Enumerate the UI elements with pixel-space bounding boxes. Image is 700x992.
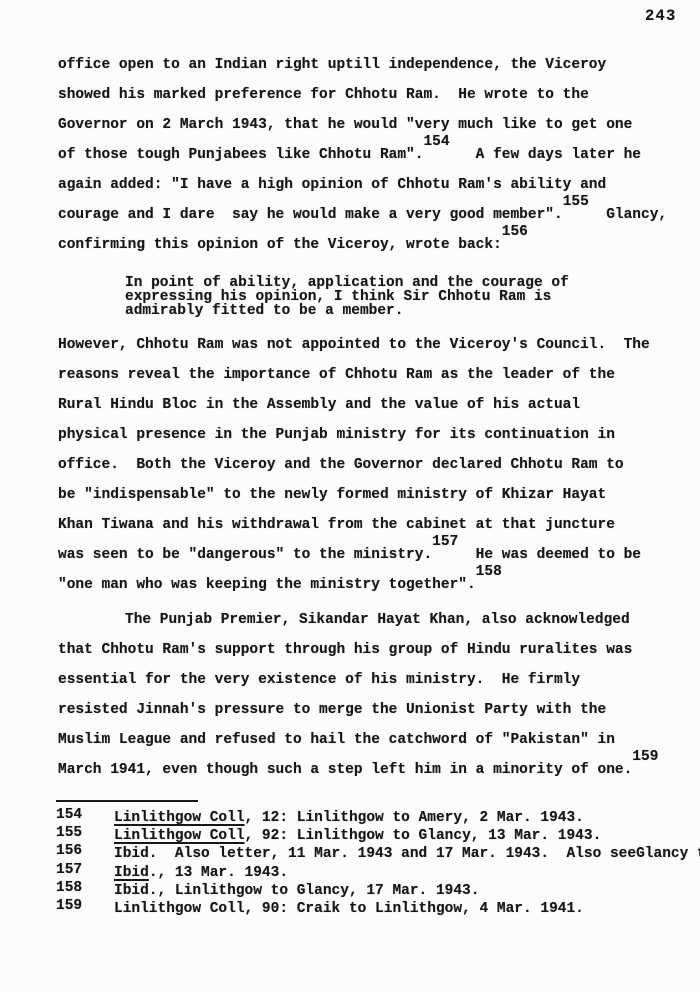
text-line: "one man who was keeping the ministry to… [58,570,678,600]
underlined-citation: Ibid [114,865,149,881]
text-segment: He was deemed to be [458,547,641,563]
text-segment: courage and I dare say he would make a v… [58,207,563,223]
footnote-text: , 12: Linlithgow to Amery, 2 Mar. 1943. [245,810,584,826]
text-line: expressing his opinion, I think Sir Chho… [125,290,678,304]
text-line: of those tough Punjabees like Chhotu Ram… [58,140,678,170]
paragraph-1: office open to an Indian right uptill in… [58,50,678,260]
footnote-text: Ibid. Also letter, 11 Mar. 1943 and 17 M… [114,846,636,862]
footnotes-section: 154 Linlithgow Coll, 12: Linlithgow to A… [56,808,678,917]
footnote-number: 159 [56,899,114,917]
footnote-text: ., 13 Mar. 1943. [149,865,288,881]
text-segment: confirming this opinion of the Viceroy, … [58,237,502,253]
footnote-ref-158: 158 [476,564,502,580]
footnote-number: 156 [56,844,114,862]
footnote-text-line-2: Glancy to Linlithgow, 13 Mar. 1943. [636,846,700,862]
text-line: The Punjab Premier, Sikandar Hayat Khan,… [58,605,678,635]
footnote-number: 158 [56,881,114,899]
text-line: that Chhotu Ram's support through his gr… [58,635,678,665]
text-line: reasons reveal the importance of Chhotu … [58,360,678,390]
text-line: Rural Hindu Bloc in the Assembly and the… [58,390,678,420]
footnote-row: 159 Linlithgow Coll, 90: Craik to Linlit… [56,899,678,917]
footnote-number: 155 [56,826,114,844]
text-segment: Glancy, [589,207,667,223]
text-segment: was seen to be "dangerous" to the minist… [58,547,432,563]
footnote-number: 157 [56,863,114,881]
footnote-ref-155: 155 [563,194,589,210]
text-line: courage and I dare say he would make a v… [58,200,678,230]
footnote-separator [56,800,198,802]
footnote-text: Ibid., Linlithgow to Glancy, 17 Mar. 194… [114,883,479,899]
paragraph-3: The Punjab Premier, Sikandar Hayat Khan,… [58,605,678,785]
text-line: In point of ability, application and the… [125,276,678,290]
footnote-row: 154 Linlithgow Coll, 12: Linlithgow to A… [56,808,678,826]
text-line: admirably fitted to be a member. [125,304,678,318]
text-segment: A few days later he [450,147,641,163]
text-line: office. Both the Viceroy and the Governo… [58,450,678,480]
footnote-ref-157: 157 [432,534,458,550]
underlined-citation: Linlithgow Coll [114,828,245,844]
footnote-row: 158 Ibid., Linlithgow to Glancy, 17 Mar.… [56,881,678,899]
page-body: office open to an Indian right uptill in… [58,50,678,917]
footnote-number: 154 [56,808,114,826]
text-line: confirming this opinion of the Viceroy, … [58,230,678,260]
text-line: March 1941, even though such a step left… [58,755,678,785]
text-line: However, Chhotu Ram was not appointed to… [58,330,678,360]
text-segment: "one man who was keeping the ministry to… [58,577,476,593]
document-page: 243 office open to an Indian right uptil… [0,0,700,992]
footnote-ref-159: 159 [632,749,658,765]
footnote-row: 155 Linlithgow Coll, 92: Linlithgow to G… [56,826,678,844]
footnote-text: Linlithgow Coll, 90: Craik to Linlithgow… [114,901,584,917]
text-line: showed his marked preference for Chhotu … [58,80,678,110]
footnote-ref-154: 154 [423,134,449,150]
text-segment: March 1941, even though such a step left… [58,762,632,778]
footnote-text: , 92: Linlithgow to Glancy, 13 Mar. 1943… [245,828,602,844]
blockquote: In point of ability, application and the… [125,276,678,318]
footnote-ref-156: 156 [502,224,528,240]
text-line: be "indispensable" to the newly formed m… [58,480,678,510]
footnote-row: 157 Ibid., 13 Mar. 1943. [56,863,678,881]
underlined-citation: Linlithgow Coll [114,810,245,826]
text-line: essential for the very existence of his … [58,665,678,695]
paragraph-2: However, Chhotu Ram was not appointed to… [58,330,678,600]
text-line: Khan Tiwana and his withdrawal from the … [58,510,678,540]
text-line: physical presence in the Punjab ministry… [58,420,678,450]
text-line: resisted Jinnah's pressure to merge the … [58,695,678,725]
text-line: office open to an Indian right uptill in… [58,50,678,80]
text-segment: of those tough Punjabees like Chhotu Ram… [58,147,423,163]
footnote-row: 156 Ibid. Also letter, 11 Mar. 1943 and … [56,844,678,862]
text-line: was seen to be "dangerous" to the minist… [58,540,678,570]
text-line: Muslim League and refused to hail the ca… [58,725,678,755]
page-number: 243 [645,7,677,25]
text-line: Governor on 2 March 1943, that he would … [58,110,678,140]
